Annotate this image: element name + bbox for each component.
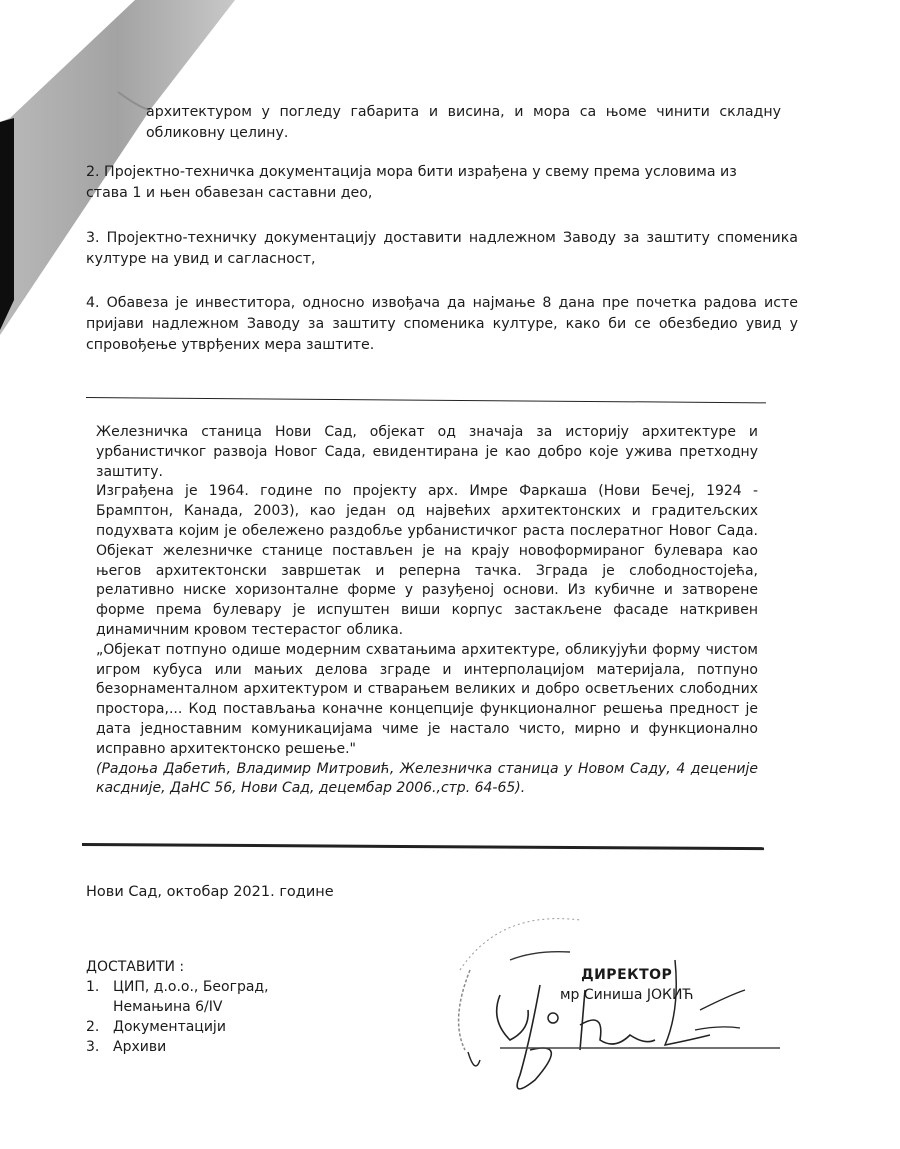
condition-item-1-continuation: архитектуром у погледу габарита и висина…	[146, 102, 781, 144]
condition-item-4: 4. Обавеза је инвеститора, односно извођ…	[86, 293, 798, 356]
description-paragraph-1: Железничка станица Нови Сад, објекат од …	[96, 423, 758, 482]
signatory-name: мр Синиша ЈОКИЋ	[560, 985, 693, 1005]
delivery-item: 2. Документацији	[86, 1017, 269, 1037]
delivery-item: 3. Архиви	[86, 1037, 269, 1057]
divider-bottom	[82, 843, 764, 850]
description-paragraph-2: Изграђена је 1964. године по пројекту ар…	[96, 482, 758, 640]
description-quote: „Објекат потпуно одише модерним схватањи…	[96, 641, 758, 760]
scanned-document-page: архитектуром у погледу габарита и висина…	[0, 0, 900, 1149]
signatory-title: ДИРЕКТОР	[560, 965, 693, 985]
condition-item-3: 3. Пројектно-техничку документацију дост…	[86, 228, 798, 270]
description-box: Железничка станица Нови Сад, објекат од …	[96, 423, 758, 799]
signature-block: ДИРЕКТОР мр Синиша ЈОКИЋ	[560, 965, 693, 1005]
signature-and-stamp-icon	[440, 900, 800, 1120]
place-date-line: Нови Сад, октобар 2021. године	[86, 884, 334, 900]
divider-top	[86, 397, 766, 403]
condition-item-2: 2. Пројектно-техничка документација мора…	[86, 162, 781, 204]
delivery-list: ДОСТАВИТИ : 1. ЦИП, д.о.о., Београд, Нем…	[86, 957, 269, 1057]
delivery-heading: ДОСТАВИТИ :	[86, 957, 269, 977]
description-citation: (Радоња Дабетић, Владимир Митровић, Желе…	[96, 760, 758, 800]
delivery-item: 1. ЦИП, д.о.о., Београд, Немањина 6/IV	[86, 977, 269, 1017]
